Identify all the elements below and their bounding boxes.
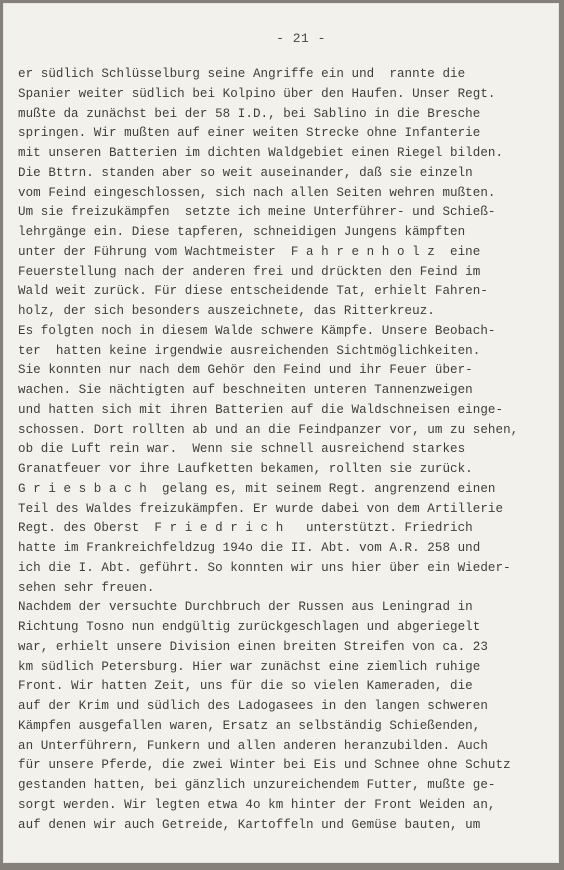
text-line: Richtung Tosno nun endgültig zurückgesch… (18, 618, 558, 638)
text-line: ob die Luft rein war. Wenn sie schnell a… (18, 440, 558, 460)
text-line: hatte im Frankreichfeldzug 194o die II. … (18, 539, 558, 559)
text-line: G r i e s b a c h gelang es, mit seinem … (18, 480, 558, 500)
text-line: sehen sehr freuen. (18, 579, 558, 599)
text-line: springen. Wir mußten auf einer weiten St… (18, 124, 558, 144)
text-line: ter hatten keine irgendwie ausreichenden… (18, 342, 558, 362)
text-line: er südlich Schlüsselburg seine Angriffe … (18, 65, 558, 85)
text-line: Wald weit zurück. Für diese entscheidend… (18, 282, 558, 302)
text-line: Spanier weiter südlich bei Kolpino über … (18, 85, 558, 105)
text-line: schossen. Dort rollten ab und an die Fei… (18, 421, 558, 441)
text-line: wachen. Sie nächtigten auf beschneiten u… (18, 381, 558, 401)
page-number: - 21 - (3, 31, 559, 46)
text-line: Kämpfen ausgefallen waren, Ersatz an sel… (18, 717, 558, 737)
text-line: sorgt werden. Wir legten etwa 4o km hint… (18, 796, 558, 816)
text-line: auf der Krim und südlich des Ladogasees … (18, 697, 558, 717)
text-line: unter der Führung vom Wachtmeister F a h… (18, 243, 558, 263)
text-line: auf denen wir auch Getreide, Kartoffeln … (18, 816, 558, 836)
text-line: Regt. des Oberst F r i e d r i c h unter… (18, 519, 558, 539)
text-line: lehrgänge ein. Diese tapferen, schneidig… (18, 223, 558, 243)
text-line: holz, der sich besonders auszeichnete, d… (18, 302, 558, 322)
text-line: ich die I. Abt. geführt. So konnten wir … (18, 559, 558, 579)
text-line: Teil des Waldes freizukämpfen. Er wurde … (18, 500, 558, 520)
text-line: für unsere Pferde, die zwei Winter bei E… (18, 756, 558, 776)
text-line: Feuerstellung nach der anderen frei und … (18, 263, 558, 283)
text-line: Granatfeuer vor ihre Laufketten bekamen,… (18, 460, 558, 480)
text-line: mit unseren Batterien im dichten Waldgeb… (18, 144, 558, 164)
text-line: Um sie freizukämpfen setzte ich meine Un… (18, 203, 558, 223)
text-line: km südlich Petersburg. Hier war zunächst… (18, 658, 558, 678)
text-line: vom Feind eingeschlossen, sich nach alle… (18, 184, 558, 204)
text-line: an Unterführern, Funkern und allen ander… (18, 737, 558, 757)
text-line: war, erhielt unsere Division einen breit… (18, 638, 558, 658)
text-line: mußte da zunächst bei der 58 I.D., bei S… (18, 105, 558, 125)
document-page: - 21 - er südlich Schlüsselburg seine An… (3, 3, 559, 863)
text-line: gestanden hatten, bei gänzlich unzureich… (18, 776, 558, 796)
text-line: Nachdem der versuchte Durchbruch der Rus… (18, 598, 558, 618)
text-line: Sie konnten nur nach dem Gehör den Feind… (18, 361, 558, 381)
text-line: Die Bttrn. standen aber so weit auseinan… (18, 164, 558, 184)
text-line: Front. Wir hatten Zeit, uns für die so v… (18, 677, 558, 697)
typewritten-text-body: er südlich Schlüsselburg seine Angriffe … (18, 65, 558, 835)
text-line: Es folgten noch in diesem Walde schwere … (18, 322, 558, 342)
text-line: und hatten sich mit ihren Batterien auf … (18, 401, 558, 421)
